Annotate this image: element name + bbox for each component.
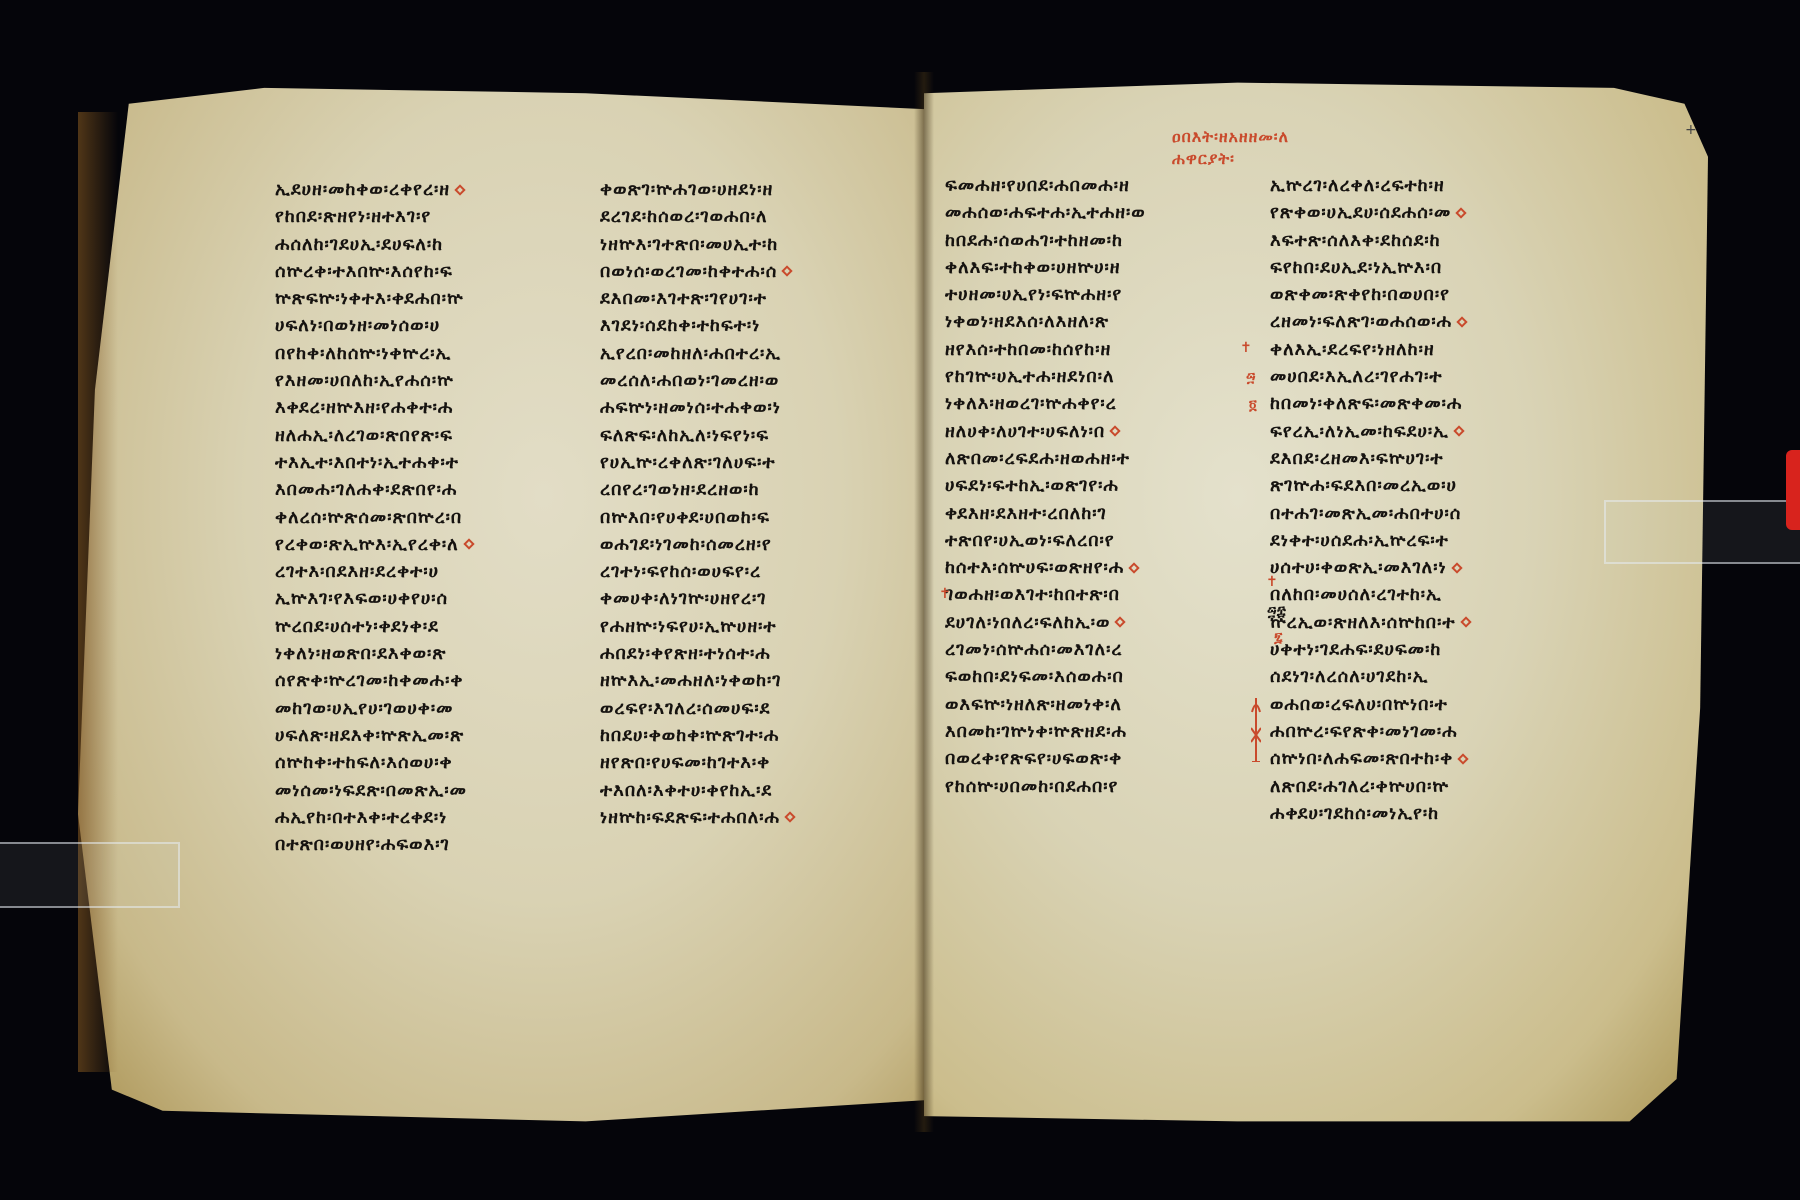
text-line: ዘየእሰ፡ተከበመ፡ከሰየከ፡ዘ — [945, 338, 1215, 361]
right-column-2: ኢኵረገ፡ለረቀለ፡ረፍተከ፡ዘየጽቀወ፡ሀኢደሀ፡ሰደሐሰ፡መእፍተጽ፡ሰለእ… — [1270, 174, 1540, 829]
text-line: ሐኢየከ፡በተእቀ፡ተረቀደ፡ነ — [275, 806, 545, 829]
margin-number: ፵ — [1246, 370, 1256, 386]
text-line: ሰኵነበ፡ለሐፍመ፡ጽበተከ፡ቀ — [1270, 747, 1540, 770]
red-punctuation-icon — [1455, 318, 1469, 326]
text-line: ወሐበወ፡ረፍለሀ፡በኵነበ፡ተ — [1270, 693, 1540, 716]
text-line: ረገተእ፡በደእዘ፡ደረቀተ፡ሀ — [275, 560, 545, 583]
text-line: ፍየከበ፡ደሀኢደ፡ነኢኵእ፡በ — [1270, 256, 1540, 279]
red-punctuation-icon — [462, 540, 476, 548]
margin-cross-icon: ✝ — [1266, 574, 1278, 590]
text-line: ዘለሀቀ፡ለሀገተ፡ሀፍለነ፡በ — [945, 420, 1215, 443]
text-line: ቀለረሰ፡ኵጽሰመ፡ጽበኵረ፡በ — [275, 506, 545, 529]
text-line: ቀመሀቀ፡ለነገኵ፡ሀዘየረ፡ገ — [600, 587, 870, 610]
heading-line-1: ዐበእት፡ዘአዘዘመ፡ለ — [1172, 126, 1289, 148]
text-line: ፍወከበ፡ደነፍመ፡እሰወሐ፡በ — [945, 665, 1215, 688]
text-line: ተእኢተ፡እበተነ፡ኢተሐቀ፡ተ — [275, 451, 545, 474]
text-line: የከገኵ፡ሀኢተሐ፡ዘደነበ፡ለ — [945, 365, 1215, 388]
text-line: ቀለእኢ፡ደረፍየ፡ነዘለከ፡ዘ — [1270, 338, 1540, 361]
red-punctuation-icon — [1113, 618, 1127, 626]
left-column-2: ቀወጽገ፡ኵሐገወ፡ሀዘደነ፡ዘደረገደ፡ከሰወረ፡ገወሐበ፡ለነዘኵእ፡ገተጽ… — [600, 178, 870, 833]
text-line: መከገወ፡ሀኢየሀ፡ገወሀቀ፡መ — [275, 697, 545, 720]
text-line: እበመሐ፡ገለሐቀ፡ደጽበየ፡ሐ — [275, 478, 545, 501]
red-punctuation-icon — [1454, 209, 1468, 217]
text-line: በወነሰ፡ወረገመ፡ከቀተሐ፡ሰ — [600, 260, 870, 283]
red-punctuation-icon — [780, 267, 794, 275]
text-line: ተሀዘመ፡ሀኢየነ፡ፍኵሐዘ፡የ — [945, 283, 1215, 306]
text-line: ኢኵረገ፡ለረቀለ፡ረፍተከ፡ዘ — [1270, 174, 1540, 197]
text-line: መሐሰወ፡ሐፍተሐ፡ኢተሐዘ፡ወ — [945, 201, 1215, 224]
text-line: በለከበ፡መሀሰለ፡ረገተከ፡ኢ — [1270, 583, 1540, 606]
text-line: ሀፍደነ፡ፍተከኢ፡ወጽገየ፡ሐ — [945, 474, 1215, 497]
margin-number: ፯ — [1274, 630, 1282, 646]
text-line: በተሐገ፡መጽኢመ፡ሐበተሀ፡ሰ — [1270, 502, 1540, 525]
margin-number: ፵፰ — [1267, 604, 1286, 620]
text-line: ወጽቀመ፡ጽቀየከ፡በወሀበ፡የ — [1270, 283, 1540, 306]
text-line: ሀፍለጽ፡ዘደእቀ፡ኵጽኢመ፡ጽ — [275, 724, 545, 747]
right-column-1: ፍመሐዘ፡የሀበደ፡ሐበመሐ፡ዘመሐሰወ፡ሐፍተሐ፡ኢተሐዘ፡ወከበደሐ፡ሰወሐ… — [945, 174, 1215, 802]
text-line: ደእበመ፡እገተጽ፡ገየሀገ፡ተ — [600, 287, 870, 310]
text-line: ኢደሀዘ፡መከቀወ፡ረቀየረ፡ዘ — [275, 178, 545, 201]
text-line: ሐሰለከ፡ገደሀኢ፡ደሀፍለ፡ከ — [275, 233, 545, 256]
text-line: ሰኵከቀ፡ተከፍለ፡እሰወሀ፡ቀ — [275, 751, 545, 774]
text-line: በተጽበ፡ወሀዘየ፡ሐፍወእ፡ገ — [275, 833, 545, 856]
text-line: ጽገኵሐ፡ፍደእበ፡መረኢወ፡ሀ — [1270, 474, 1540, 497]
text-line: ደሀገለ፡ነበለረ፡ፍለከኢ፡ወ — [945, 611, 1215, 634]
text-line: ሰኵረቀ፡ተእበኵ፡እሰየከ፡ፍ — [275, 260, 545, 283]
text-line: በየከቀ፡ለከሰኵ፡ነቀኵረ፡ኢ — [275, 342, 545, 365]
text-line: ከሰተእ፡ሰኵሀፍ፡ወጽዘየ፡ሐ — [945, 556, 1215, 579]
left-column-1: ኢደሀዘ፡መከቀወ፡ረቀየረ፡ዘየከበደ፡ጽዘየነ፡ዘተእገ፡የሐሰለከ፡ገደሀ… — [275, 178, 545, 860]
text-line: ገወሐዘ፡ወእገተ፡ከበተጽ፡በ — [945, 583, 1215, 606]
text-line: እቀደረ፡ዘኵእዘ፡የሐቀተ፡ሐ — [275, 396, 545, 419]
text-line: ሀቀተነ፡ገደሐፍ፡ደሀፍመ፡ከ — [1270, 638, 1540, 661]
text-line: እበመከ፡ገኵነቀ፡ኵጽዘደ፡ሐ — [945, 720, 1215, 743]
red-punctuation-icon — [1450, 564, 1464, 572]
text-line: ሰየጽቀ፡ኵረገመ፡ከቀመሐ፡ቀ — [275, 669, 545, 692]
red-mount — [1786, 450, 1800, 530]
text-line: የሀኢኵ፡ረቀለጽ፡ገለሀፍ፡ተ — [600, 451, 870, 474]
text-line: ደእበደ፡ረዘመእ፡ፍኵሀገ፡ተ — [1270, 447, 1540, 470]
text-line: በኵእበ፡የሀቀደ፡ሀበወከ፡ፍ — [600, 506, 870, 529]
text-line: ከበመነ፡ቀለጽፍ፡መጽቀመ፡ሐ — [1270, 392, 1540, 415]
text-line: ሀፍለነ፡በወነዘ፡መነሰወ፡ሀ — [275, 314, 545, 337]
text-line: መሀበደ፡እኢለረ፡ገየሐገ፡ተ — [1270, 365, 1540, 388]
red-punctuation-icon — [1127, 564, 1141, 572]
text-line: ኢየረበ፡መከዘለ፡ሐበተረ፡ኢ — [600, 342, 870, 365]
left-acrylic-clip — [0, 842, 180, 908]
text-line: እገደነ፡ሰደከቀ፡ተከፍተ፡ነ — [600, 314, 870, 337]
text-line: ፍየረኢ፡ለነኢመ፡ከፍደሀ፡ኢ — [1270, 420, 1540, 443]
text-line: ወእፍኵ፡ነዘለጽ፡ዘመነቀ፡ለ — [945, 693, 1215, 716]
text-line: እፍተጽ፡ሰለእቀ፡ደከሰደ፡ከ — [1270, 229, 1540, 252]
text-line: ነቀወነ፡ዘደእሰ፡ለእዘለ፡ጽ — [945, 310, 1215, 333]
text-line: መነሰመ፡ነፍደጽ፡በመጽኢ፡መ — [275, 779, 545, 802]
text-line: በወረቀ፡የጽፍየ፡ሀፍወጽ፡ቀ — [945, 747, 1215, 770]
red-punctuation-icon — [1452, 427, 1466, 435]
text-line: ሐበደነ፡ቀየጽዘ፡ተነሰተ፡ሐ — [600, 642, 870, 665]
text-line: ዘለሐኢ፡ለረገወ፡ጽበየጽ፡ፍ — [275, 424, 545, 447]
text-line: ኵረበደ፡ሀሰተነ፡ቀደነቀ፡ደ — [275, 615, 545, 638]
text-line: ተእበለ፡እቀተሀ፡ቀየከኢ፡ደ — [600, 779, 870, 802]
text-line: ነዘኵእ፡ገተጽበ፡መሀኢተ፡ከ — [600, 233, 870, 256]
red-punctuation-icon — [1108, 427, 1122, 435]
red-punctuation-icon — [1456, 755, 1470, 763]
text-line: ረዘመነ፡ፍለጽገ፡ወሐሰወ፡ሐ — [1270, 310, 1540, 333]
text-line: ተጽበየ፡ሀኢወነ፡ፍለረበ፡የ — [945, 529, 1215, 552]
text-line: ሐበኵረ፡ፍየጽቀ፡መነገመ፡ሐ — [1270, 720, 1540, 743]
chi-rho-staff-icon — [1251, 698, 1261, 762]
text-line: የከበደ፡ጽዘየነ፡ዘተእገ፡የ — [275, 205, 545, 228]
text-line: የእዘመ፡ሀበለከ፡ኢየሐሰ፡ኵ — [275, 369, 545, 392]
text-line: ረበየረ፡ገወነዘ፡ደረዘወ፡ከ — [600, 478, 870, 501]
text-line: ዘየጽበ፡የሀፍመ፡ከገተእ፡ቀ — [600, 751, 870, 774]
text-line: የሐዘኵ፡ነፍየሀ፡ኢኵሀዘ፡ተ — [600, 615, 870, 638]
text-line: ነቀለእ፡ዘወረገ፡ኵሐቀየ፡ረ — [945, 392, 1215, 415]
pencil-mark: + — [1685, 122, 1697, 138]
text-line: መረሰለ፡ሐበወነ፡ገመረዘ፡ወ — [600, 369, 870, 392]
margin-cross-icon: ✝ — [939, 586, 951, 602]
text-line: ቀለእፍ፡ተከቀወ፡ሀዘኵሀ፡ዘ — [945, 256, 1215, 279]
page-edge-shadow — [78, 112, 118, 1072]
text-line: ፍመሐዘ፡የሀበደ፡ሐበመሐ፡ዘ — [945, 174, 1215, 197]
rubric-heading: ዐበእት፡ዘአዘዘመ፡ለ ሐዋርያት፡ — [1172, 126, 1289, 170]
text-line: ከበደሀ፡ቀወከቀ፡ኵጽገተ፡ሐ — [600, 724, 870, 747]
text-line: ሀሰተሀ፡ቀወጽኢ፡መእገለ፡ነ — [1270, 556, 1540, 579]
text-line: ቀወጽገ፡ኵሐገወ፡ሀዘደነ፡ዘ — [600, 178, 870, 201]
text-line: ዘኵእኢ፡መሐዘለ፡ነቀወከ፡ገ — [600, 669, 870, 692]
text-line: ኵረኢወ፡ጽዘለእ፡ሰኵከበ፡ተ — [1270, 611, 1540, 634]
text-line: ወረፍየ፡እገለረ፡ሰመሀፍ፡ደ — [600, 697, 870, 720]
margin-cross-icon: ✝ — [1240, 340, 1252, 356]
text-line: ወሐገደ፡ነገመከ፡ሰመረዘ፡የ — [600, 533, 870, 556]
text-line: ከበደሐ፡ሰወሐገ፡ተከዘመ፡ከ — [945, 229, 1215, 252]
red-punctuation-icon — [1459, 618, 1473, 626]
text-line: ረገመነ፡ሰኵሐሰ፡መእገለ፡ረ — [945, 638, 1215, 661]
text-line: ሰደነገ፡ለረሰለ፡ሀገደከ፡ኢ — [1270, 665, 1540, 688]
text-line: የረቀወ፡ጽኢኵእ፡ኢየረቀ፡ለ — [275, 533, 545, 556]
text-line: ሐቀደሀ፡ገደከሰ፡መነኢየ፡ከ — [1270, 802, 1540, 825]
text-line: ደረገደ፡ከሰወረ፡ገወሐበ፡ለ — [600, 205, 870, 228]
text-line: የከሰኵ፡ሀበመከ፡በደሐበ፡የ — [945, 775, 1215, 798]
right-acrylic-clip — [1604, 500, 1800, 564]
heading-line-2: ሐዋርያት፡ — [1172, 148, 1289, 170]
text-line: ፍለጽፍ፡ለከኢለ፡ነፍየነ፡ፍ — [600, 424, 870, 447]
text-line: የጽቀወ፡ሀኢደሀ፡ሰደሐሰ፡መ — [1270, 201, 1540, 224]
text-line: ሐፍኵነ፡ዘመነሰ፡ተሐቀወ፡ነ — [600, 396, 870, 419]
book-gutter — [914, 72, 934, 1132]
text-line: ኢኵእገ፡የእፍወ፡ሀቀየሀ፡ሰ — [275, 587, 545, 610]
text-line: ነቀለነ፡ዘወጽበ፡ደእቀወ፡ጽ — [275, 642, 545, 665]
text-line: ደነቀተ፡ሀሰደሐ፡ኢኵረፍ፡ተ — [1270, 529, 1540, 552]
text-line: ለጽበደ፡ሐገለረ፡ቀኵሀበ፡ኵ — [1270, 775, 1540, 798]
text-line: ኵጽፍኵ፡ነቀተእ፡ቀደሐበ፡ኵ — [275, 287, 545, 310]
text-line: ረገተነ፡ፍየከሰ፡ወሀፍየ፡ረ — [600, 560, 870, 583]
margin-number: ፬ — [1249, 398, 1257, 414]
text-line: ለጽበመ፡ረፍደሐ፡ዘወሐዘ፡ተ — [945, 447, 1215, 470]
red-punctuation-icon — [453, 186, 467, 194]
text-line: ነዘኵከ፡ፍደጽፍ፡ተሐበለ፡ሐ — [600, 806, 870, 829]
text-line: ቀደእዘ፡ደእዘተ፡ረበለከ፡ገ — [945, 502, 1215, 525]
red-punctuation-icon — [783, 813, 797, 821]
